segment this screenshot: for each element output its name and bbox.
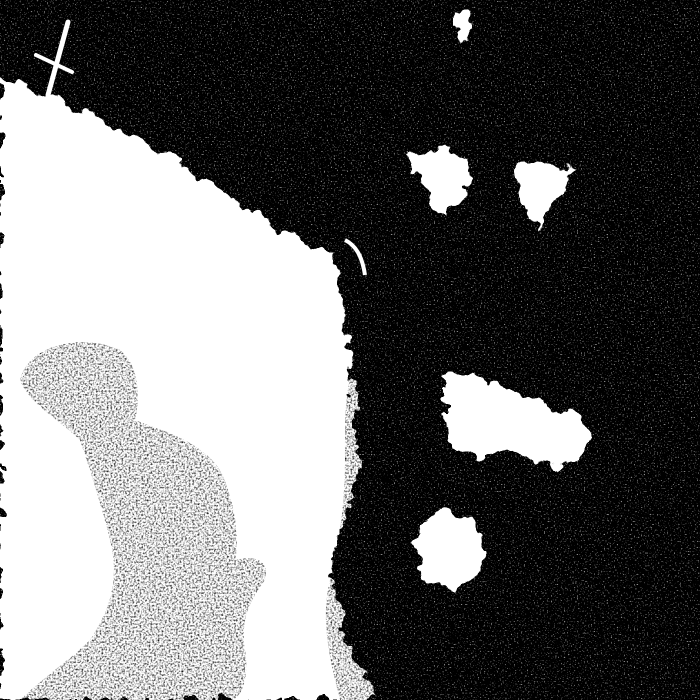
photo-scene xyxy=(0,0,700,700)
speckle-overlay xyxy=(0,0,700,700)
